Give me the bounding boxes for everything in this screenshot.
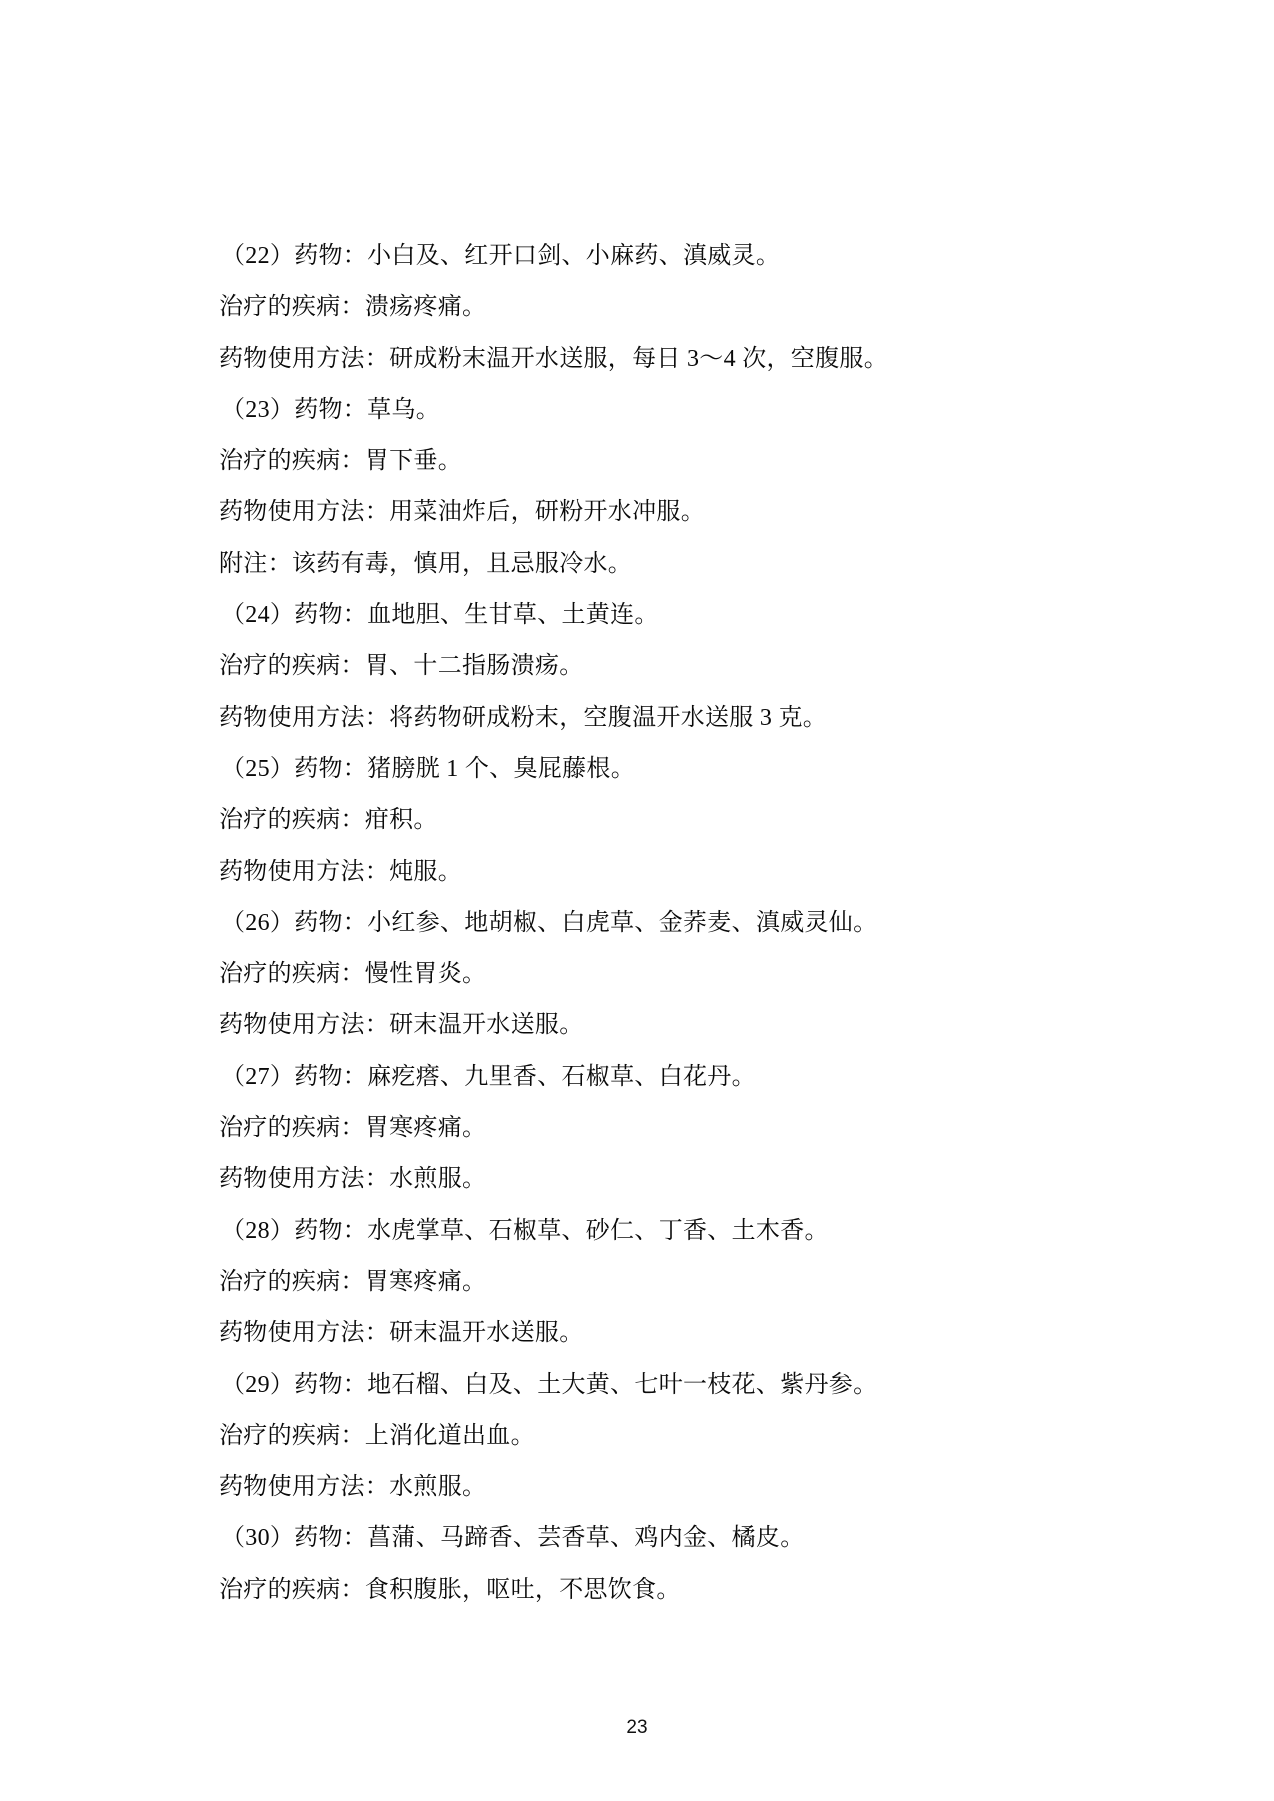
text-line: 治疗的疾病：胃寒疼痛。: [219, 1103, 1184, 1154]
text-line: （26）药物：小红参、地胡椒、白虎草、金荞麦、滇威灵仙。: [219, 898, 1184, 949]
text-line: 药物使用方法：水煎服。: [219, 1462, 1184, 1513]
text-line: （27）药物：麻疙瘩、九里香、石椒草、白花丹。: [219, 1052, 1184, 1103]
text-line: 药物使用方法：研成粉末温开水送服，每日 3～4 次，空腹服。: [219, 334, 1184, 385]
text-line: 药物使用方法：将药物研成粉末，空腹温开水送服 3 克。: [219, 693, 1184, 744]
text-line: （30）药物：菖蒲、马蹄香、芸香草、鸡内金、橘皮。: [219, 1513, 1184, 1564]
text-line: 治疗的疾病：胃寒疼痛。: [219, 1257, 1184, 1308]
text-line: 治疗的疾病：上消化道出血。: [219, 1411, 1184, 1462]
text-line: 药物使用方法：炖服。: [219, 847, 1184, 898]
text-line: 治疗的疾病：胃、十二指肠溃疡。: [219, 641, 1184, 692]
text-line: 治疗的疾病：胃下垂。: [219, 436, 1184, 487]
text-line: 治疗的疾病：疳积。: [219, 795, 1184, 846]
text-line: （22）药物：小白及、红开口剑、小麻药、滇威灵。: [219, 231, 1184, 282]
text-line: 药物使用方法：用菜油炸后，研粉开水冲服。: [219, 487, 1184, 538]
text-line: （25）药物：猪膀胱 1 个、臭屁藤根。: [219, 744, 1184, 795]
text-line: 治疗的疾病：慢性胃炎。: [219, 949, 1184, 1000]
text-line: 药物使用方法：水煎服。: [219, 1154, 1184, 1205]
text-line: 治疗的疾病：溃疡疼痛。: [219, 282, 1184, 333]
document-page: （22）药物：小白及、红开口剑、小麻药、滇威灵。治疗的疾病：溃疡疼痛。药物使用方…: [0, 0, 1274, 1801]
text-line: （23）药物：草乌。: [219, 385, 1184, 436]
text-line: 治疗的疾病：食积腹胀，呕吐，不思饮食。: [219, 1565, 1184, 1616]
text-line: 附注：该药有毒，慎用，且忌服冷水。: [219, 539, 1184, 590]
text-line: （29）药物：地石榴、白及、土大黄、七叶一枝花、紫丹参。: [219, 1360, 1184, 1411]
text-line: 药物使用方法：研末温开水送服。: [219, 1308, 1184, 1359]
page-number: 23: [0, 1716, 1274, 1740]
text-line: 药物使用方法：研末温开水送服。: [219, 1000, 1184, 1051]
page-body: （22）药物：小白及、红开口剑、小麻药、滇威灵。治疗的疾病：溃疡疼痛。药物使用方…: [219, 231, 1184, 1616]
text-line: （24）药物：血地胆、生甘草、土黄连。: [219, 590, 1184, 641]
text-line: （28）药物：水虎掌草、石椒草、砂仁、丁香、土木香。: [219, 1206, 1184, 1257]
